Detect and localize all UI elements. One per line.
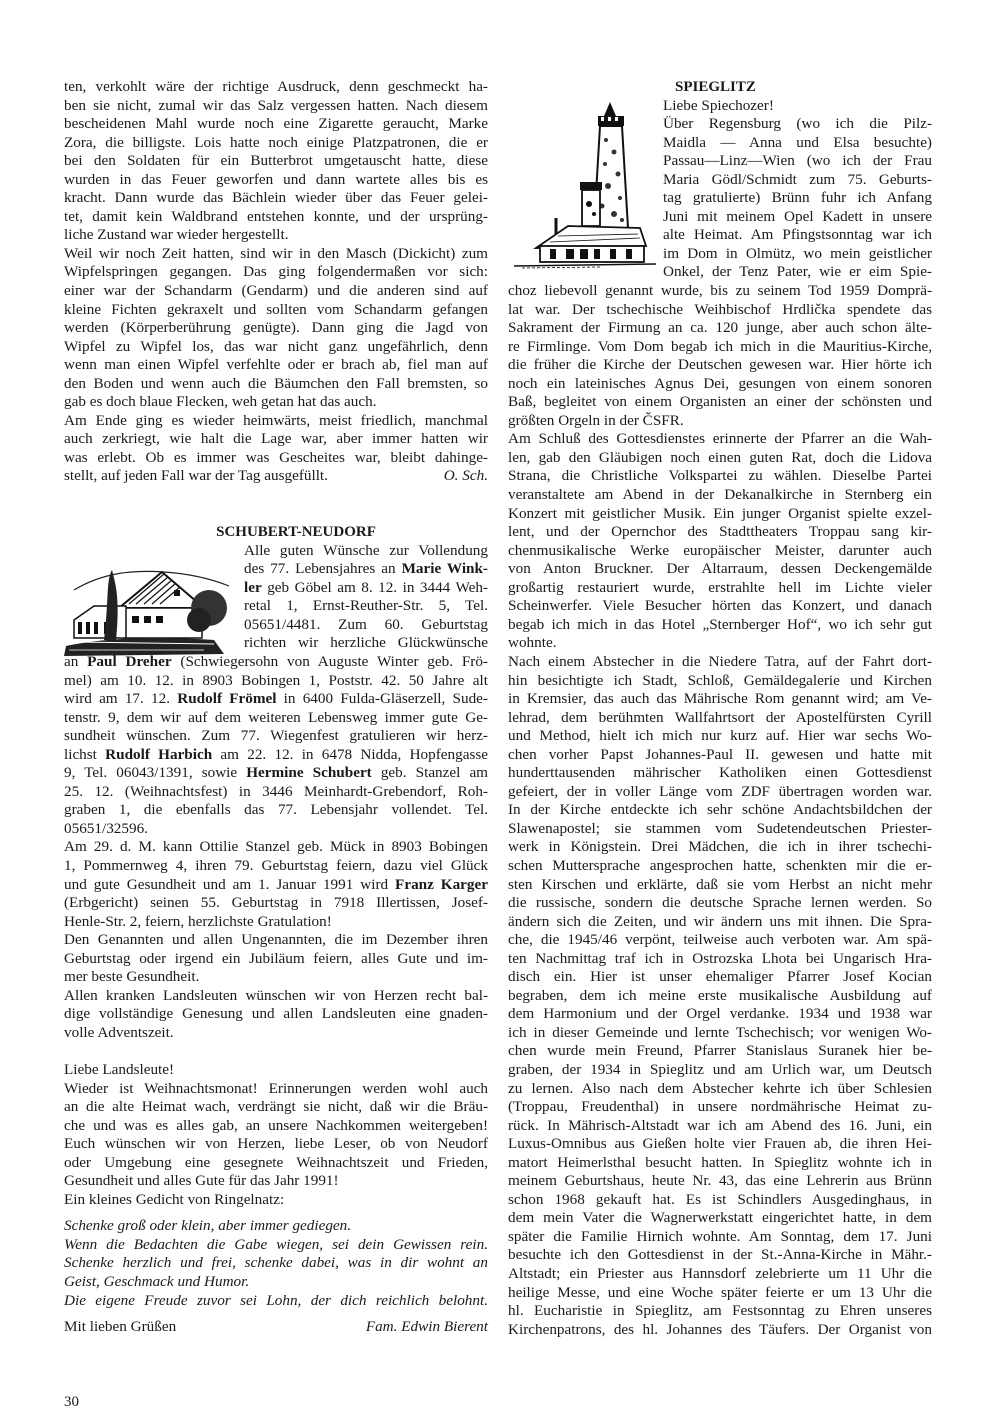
text-line: zu lernen. Also nach dem Abstecher kehrt…	[508, 1080, 932, 1099]
text-fragment: wird am 17. 12.	[64, 690, 177, 707]
text-line: choz liebevoll genannt wurde, bis zu sei…	[508, 282, 932, 301]
text-line: sten Kirschen und erklärte, daß sie vom …	[508, 876, 932, 895]
text-line: 25. 12. (Weihnachtsfest) in 3446 Meinhar…	[64, 783, 488, 802]
poem-line: Die eigene Freude zuvor sei Lohn, der di…	[64, 1292, 488, 1311]
text-line: Alle guten Wünsche zur Vollendung	[64, 542, 488, 561]
section-title: SCHUBERT-NEUDORF	[64, 523, 488, 542]
text-line: die russische, sondern die deutsche Spra…	[508, 894, 932, 913]
text-line: che, die 1945/46 verpönt, teilweise auch…	[508, 931, 932, 950]
poem-line: Schenke groß oder klein, aber immer gedi…	[64, 1217, 488, 1236]
text-line: oder Umgebung eine gesegnete Weihnachtsz…	[64, 1154, 488, 1173]
house-illustration	[64, 560, 236, 660]
text-line: werden (Körperberührung genügte). Dann g…	[64, 319, 488, 338]
text-line: Den Genannten und allen Ungenannten, die…	[64, 931, 488, 950]
text-line: volle Adventszeit.	[64, 1024, 488, 1043]
text-line: ben sie nicht, zumal wir das Salz verges…	[64, 97, 488, 116]
text-line: In der Kirche entdeckte ich sehr schöne …	[508, 801, 932, 820]
text-line: 9, Tel. 06043/1391, sowie Hermine Schube…	[64, 764, 488, 783]
text-line: werk in Königstein. Drei Mädchen, die ic…	[508, 838, 932, 857]
text-line: (Troppau, Freudenthal) in unsere nordmäh…	[508, 1098, 932, 1117]
poem: Schenke groß oder klein, aber immer gedi…	[64, 1217, 488, 1310]
text-line: Geburtstag oder irgend ein Jubiläum feie…	[64, 950, 488, 969]
text-line: meinem Geburtshaus, heute Nr. 43, das ei…	[508, 1172, 932, 1191]
text-line: lat war. Der tschechische Weihbischof Hr…	[508, 301, 932, 320]
text-line: chen vorher Papst Johannes-Paul II. gewe…	[508, 746, 932, 765]
text-fragment: 9, Tel. 06043/1391, sowie	[64, 764, 246, 781]
text-line: Am Ende ging es wieder heimwärts, meist …	[64, 412, 488, 431]
text-line: auch zerkriegt, wie halt die Lage war, a…	[64, 430, 488, 449]
text-line: begraben, dem ich meine erste musikalisc…	[508, 987, 932, 1006]
text-line: heilige Messe, und eine Woche später fei…	[508, 1284, 932, 1303]
text-line: ich in dieser Gemeinde und lernte Tschec…	[508, 1024, 932, 1043]
poem-line: Wenn die Bedachten die Gabe wiegen, sei …	[64, 1236, 488, 1255]
text-line: ten, verkohlt wäre der richtige Ausdruck…	[64, 78, 488, 97]
text-line: einer war der Schandarm (Gendarm) und di…	[64, 282, 488, 301]
text-line: hunderttausenden mährischer Katholiken e…	[508, 764, 932, 783]
author-signature: O. Sch.	[444, 467, 488, 486]
text-line: mer beste Gesundheit.	[64, 968, 488, 987]
text-line: wurden in das Feuer geworfen und dann wa…	[64, 171, 488, 190]
text-fragment: geb Göbel am 8. 12. in 3444 Weh-	[262, 579, 488, 596]
tower-drawing-icon	[510, 100, 660, 270]
text-line: Wipfel zu Wipfel los, das war nicht ganz…	[64, 338, 488, 357]
text-line: kleine Fichten gekraxelt und sollten vom…	[64, 301, 488, 320]
text-line: mel) am 10. 12. in 8903 Bobingen 1, Post…	[64, 672, 488, 691]
text-line: hin besichtigte ich Stadt, Schloß, Gemäl…	[508, 672, 932, 691]
text-line: größten Orgeln in der ČSFR.	[508, 412, 932, 431]
text-line: dem Harmonium und der Orgel verdanke. 19…	[508, 1005, 932, 1024]
author-signature: Fam. Edwin Bierent	[366, 1318, 488, 1337]
text-line: Luxus-Omnibus aus Gießen holte vier Frau…	[508, 1135, 932, 1154]
text-line: und gute Gesundheit und am 1. Januar 199…	[64, 876, 488, 895]
text-line: graben, der 1934 in Spieglitz und am Url…	[508, 1061, 932, 1080]
tower-illustration	[510, 100, 660, 270]
text-line: Weil wir noch Zeit hatten, sind wir in d…	[64, 245, 488, 264]
text-line: wohnte.	[508, 634, 932, 653]
text-line: chen wurde mein Freund, Pfarrer Stanisla…	[508, 1042, 932, 1061]
text-line: ändern sich die Zeiten, und wir ändern u…	[508, 913, 932, 932]
text-line: Kirchenpatrons, des hl. Johannes des Täu…	[508, 1321, 932, 1340]
spacer	[64, 1209, 488, 1217]
person-name: Rudolf Frömel	[177, 690, 276, 707]
letter-section: Liebe Landsleute! Wieder ist Weihnachtsm…	[64, 1061, 488, 1209]
poem-line: Schenke herzlich und frei, schenke dabei…	[64, 1254, 488, 1273]
text-line: bescheidenen Mahl wurde noch eine Zigare…	[64, 115, 488, 134]
text-line: wird am 17. 12. Rudolf Frömel in 6400 Fu…	[64, 690, 488, 709]
person-name: Rudolf Harbich	[105, 746, 212, 763]
text-line: graben 1, die ebenfalls das 77. Lebensja…	[64, 801, 488, 820]
person-name: Franz Karger	[395, 876, 488, 893]
text-line: besuchte ich den Gottesdienst in der St.…	[508, 1246, 932, 1265]
text-line: schon 1968 gekauft hat. Es ist Schindler…	[508, 1191, 932, 1210]
text-line: chenmusikalische Werke europäischer Meis…	[508, 542, 932, 561]
text-line: Konzert mit geistlicher Musik. Ein junge…	[508, 505, 932, 524]
text-line: Allen kranken Landsleuten wünschen wir v…	[64, 987, 488, 1006]
text-line: Slawenapostel; sie stammen vom Sudetende…	[508, 820, 932, 839]
text-line: veranstaltete am Abend in der Dekanalkir…	[508, 486, 932, 505]
text-line: Wipfelspringen gegangen. Das ging folgen…	[64, 263, 488, 282]
text-line: an die alte Heimat wach, verdrängt sie n…	[64, 1098, 488, 1117]
text-fragment: des 77. Lebensjahres an	[244, 560, 402, 577]
text-fragment: und gute Gesundheit und am 1. Januar 199…	[64, 876, 395, 893]
text-line: dige vollständige Genesung und allen Lan…	[64, 1005, 488, 1024]
text-line: wenn man einen Wipfel verfehlte oder er …	[64, 356, 488, 375]
text-line: disch ein. Hier ist unser ehemaliger Pfa…	[508, 968, 932, 987]
text-line: tenstr. 9, dem wir auf dem weiteren Lebe…	[64, 709, 488, 728]
text-line: hl. Eucharistie in Spieglitz, am Festson…	[508, 1302, 932, 1321]
text-line: die früher die Kirche der Deutschen gewe…	[508, 356, 932, 375]
text-line: großartig restauriert wurde, erstrahlte …	[508, 579, 932, 598]
text-fragment: geb. Stanzel am	[372, 764, 488, 781]
text-line: che und was es alles gab, an unsere Nach…	[64, 1117, 488, 1136]
text-line: lehrad, dem berühmten Wallfahrtsort der …	[508, 709, 932, 728]
spieglitz-body: choz liebevoll genannt wurde, bis zu sei…	[508, 282, 932, 1339]
text-line: lent, und der Opernchor des Stadttheater…	[508, 523, 932, 542]
intro-paragraphs: ten, verkohlt wäre der richtige Ausdruck…	[64, 78, 488, 486]
closing-salutation: Mit lieben Grüßen	[64, 1318, 176, 1337]
text-line: matort Heimerlsthal besucht hatten. In S…	[508, 1154, 932, 1173]
text-line: rück. In Mährisch-Altstadt war ich am Ab…	[508, 1117, 932, 1136]
page-number: 30	[64, 1394, 79, 1411]
text-line: Am Schluß des Gottesdienstes erinnerte d…	[508, 430, 932, 449]
text-fragment: lichst	[64, 746, 105, 763]
text-line: Scheinwerfer. Viele Besucher hörten das …	[508, 597, 932, 616]
text-line: von Anton Bruckner. Der Altarraum, desse…	[508, 560, 932, 579]
text-line: gefeiert, der in voller Länge vom ZDF üb…	[508, 783, 932, 802]
left-column: ten, verkohlt wäre der richtige Ausdruck…	[64, 78, 488, 1337]
spacer	[64, 1042, 488, 1061]
text-line: ten Nachmittag traf ich in Ostrozska Lho…	[508, 950, 932, 969]
text-line: Wieder ist Weihnachtsmonat! Erinnerungen…	[64, 1080, 488, 1099]
text-line: (Erbgericht) seinen 55. Geburtstag in 79…	[64, 894, 488, 913]
text-line: Am 29. d. M. kann Ottilie Stanzel geb. M…	[64, 838, 488, 857]
text-line: in Kremsier, das auch das Mährische Rom …	[508, 690, 932, 709]
text-line: gab es doch blaue Flecken, weh getan hat…	[64, 393, 488, 412]
text-line: liche Zustand war wieder hergestellt.	[64, 226, 488, 245]
text-line: Sakrament der Firmung an ca. 120 junge, …	[508, 319, 932, 338]
text-line: Euch wünschen wir von Herzen, liebe Lese…	[64, 1135, 488, 1154]
text-line: schen Muttersprache angesprochen hatte, …	[508, 857, 932, 876]
spacer	[64, 505, 488, 524]
letter-greeting: Liebe Landsleute!	[64, 1061, 488, 1080]
spacer	[64, 486, 488, 505]
text-line: tet, damit kein Waldbrand entstehen konn…	[64, 208, 488, 227]
spacer	[64, 1310, 488, 1318]
text-line: 05651/32596.	[64, 820, 488, 839]
person-name: ler	[244, 579, 262, 596]
text-line: sundheit wünschen. Zum 77. Wiegenfest gr…	[64, 727, 488, 746]
text-line: Strana, die Christliche Volkspartei zu w…	[508, 467, 932, 486]
person-name: Marie Wink-	[402, 560, 488, 577]
text-line: re Firmlinge. Vom Dom begab ich mich in …	[508, 338, 932, 357]
house-drawing-icon	[64, 560, 236, 660]
text-line: später die Familie Hirnich wohnte. Am So…	[508, 1228, 932, 1247]
text-line: und Method, hielt ich mich nur kurz auf.…	[508, 727, 932, 746]
text-line: kracht. Dann wurde das Bächlein wieder ü…	[64, 189, 488, 208]
intro-closing-row: stellt, auf jeden Fall war der Tag ausge…	[64, 467, 488, 486]
closing-row: Mit lieben Grüßen Fam. Edwin Bierent	[64, 1318, 488, 1337]
text-line: den Boden und wenn auch die Bäumchen den…	[64, 375, 488, 394]
text-line: bei den Soldaten für ein Butterbrot umge…	[64, 152, 488, 171]
text-line: 1, Pommernweg 4, ihren 79. Geburtstag fe…	[64, 857, 488, 876]
poem-line: Geist, Geschmack und Humor.	[64, 1273, 488, 1292]
text-line: Henle-Str. 2, feiern, herzlichste Gratul…	[64, 913, 488, 932]
text-line: len, gab den Gläubigen noch einen guten …	[508, 449, 932, 468]
text-line: Gesundheit und alles Gute für das Jahr 1…	[64, 1172, 488, 1191]
text-line: was erlebt. Ob es immer was Gescheites w…	[64, 449, 488, 468]
text-line: Baß, begleitet von einem Organisten an e…	[508, 393, 932, 412]
text-line: stellt, auf jeden Fall war der Tag ausge…	[64, 467, 328, 486]
text-fragment: in 6400 Fulda-Gläserzell, Sude-	[276, 690, 488, 707]
text-line: lichst Rudolf Harbich am 22. 12. in 6478…	[64, 746, 488, 765]
text-line: dem mein Vater die Wagnerwerkstatt einge…	[508, 1209, 932, 1228]
text-fragment: am 22. 12. in 6478 Nidda, Hopfengasse	[212, 746, 488, 763]
text-line: Nach einem Abstecher in die Niedere Tatr…	[508, 653, 932, 672]
text-line: begab ich mich in das Hotel „Sternberger…	[508, 616, 932, 635]
person-name: Hermine Schubert	[246, 764, 372, 781]
section-title: SPIEGLITZ	[508, 78, 932, 97]
text-line: Altstadt; ein Priester aus Hannsdorf zel…	[508, 1265, 932, 1284]
text-line: noch ein lateinisches Agnus Dei, gesunge…	[508, 375, 932, 394]
text-line: Zora, die billigste. Lois hatte noch ein…	[64, 134, 488, 153]
text-line: Ein kleines Gedicht von Ringelnatz:	[64, 1191, 488, 1210]
